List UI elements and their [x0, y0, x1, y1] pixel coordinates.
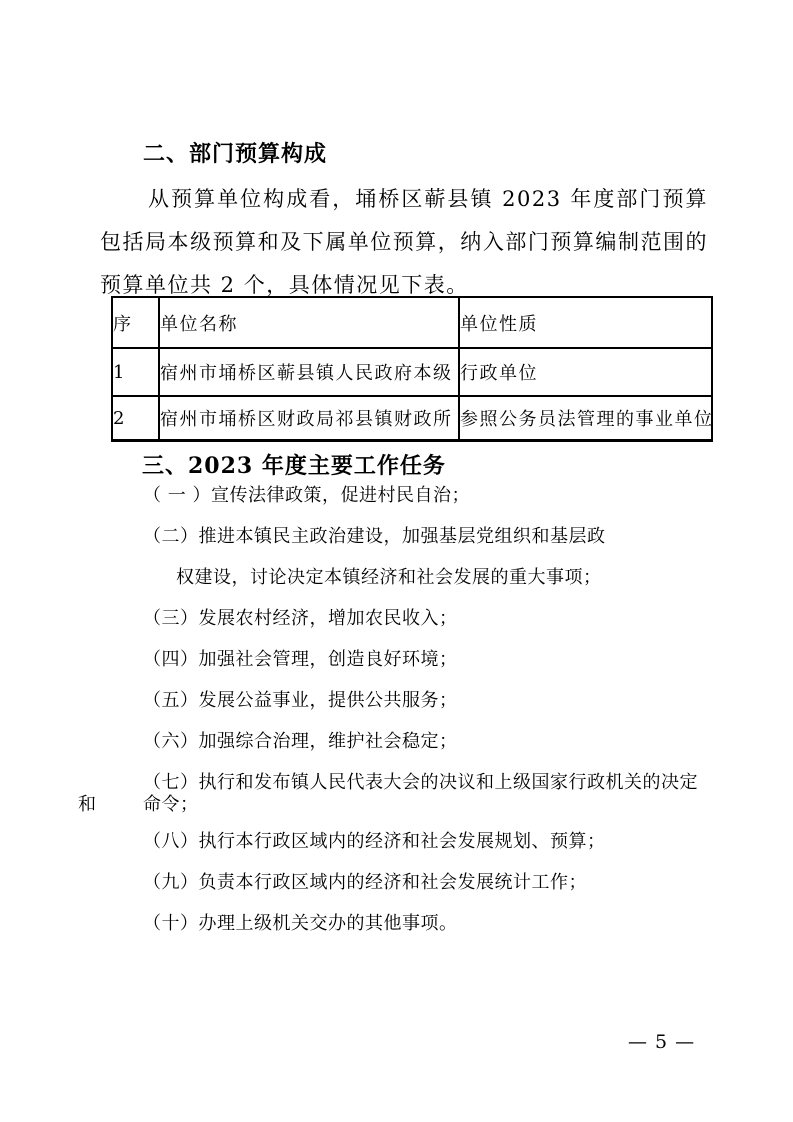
table-row: 1 宿州市埇桥区蕲县镇人民政府本级 行政单位 [112, 348, 712, 396]
task-item-4: （四）加强社会管理，创造良好环境； [143, 650, 718, 670]
header-cell-seq: 序 [112, 297, 159, 348]
budget-units-table: 序 单位名称 单位性质 1 宿州市埇桥区蕲县镇人民政府本级 行政单位 2 宿州市… [111, 296, 713, 442]
cell-unit-name: 宿州市埇桥区财政局祁县镇财政所 [159, 396, 459, 441]
task-item-9: （九）负责本行政区域内的经济和社会发展统计工作； [143, 873, 718, 893]
task-item-7-hanging-word: 和 [78, 795, 97, 815]
cell-seq: 2 [112, 396, 159, 441]
task-item-6: （六）加强综合治理，维护社会稳定； [143, 732, 718, 752]
section-work-tasks-heading: 三、2023 年度主要工作任务 [142, 453, 446, 479]
task-item-8: （八）执行本行政区域内的经济和社会发展规划、预算； [143, 832, 718, 852]
task-item-5: （五）发展公益事业，提供公共服务； [143, 691, 718, 711]
table-header-row: 序 单位名称 单位性质 [112, 297, 712, 348]
cell-unit-name: 宿州市埇桥区蕲县镇人民政府本级 [159, 348, 459, 396]
task-item-2-continuation: 权建设，讨论决定本镇经济和社会发展的重大事项； [143, 568, 718, 588]
page-number: — 5 — [628, 1031, 695, 1053]
cell-seq: 1 [112, 348, 159, 396]
header-cell-unit-type: 单位性质 [459, 297, 712, 348]
budget-composition-paragraph: 从预算单位构成看，埇桥区蕲县镇 2023 年度部门预算包括局本级预算和及下属单位… [100, 178, 708, 307]
task-item-7: （七）执行和发布镇人民代表大会的决议和上级国家行政机关的决定 [143, 773, 718, 793]
task-item-10: （十）办理上级机关交办的其他事项。 [143, 914, 718, 934]
cell-unit-type: 参照公务员法管理的事业单位 [459, 396, 712, 441]
task-item-7-continuation: 和 命令； [143, 795, 718, 815]
section-budget-composition-heading: 二、部门预算构成 [143, 141, 327, 167]
task-item-1: （ 一 ）宣传法律政策，促进村民自治； [143, 486, 718, 506]
document-page: 二、部门预算构成 从预算单位构成看，埇桥区蕲县镇 2023 年度部门预算包括局本… [0, 0, 793, 1122]
task-item-7-continuation-text: 命令； [143, 794, 199, 815]
header-cell-unit-name: 单位名称 [159, 297, 459, 348]
task-list: （ 一 ）宣传法律政策，促进村民自治； （二）推进本镇民主政治建设，加强基层党组… [143, 486, 718, 955]
cell-unit-type: 行政单位 [459, 348, 712, 396]
task-item-3: （三）发展农村经济，增加农民收入； [143, 609, 718, 629]
task-item-2: （二）推进本镇民主政治建设，加强基层党组织和基层政 [143, 527, 718, 547]
table-row: 2 宿州市埇桥区财政局祁县镇财政所 参照公务员法管理的事业单位 [112, 396, 712, 441]
